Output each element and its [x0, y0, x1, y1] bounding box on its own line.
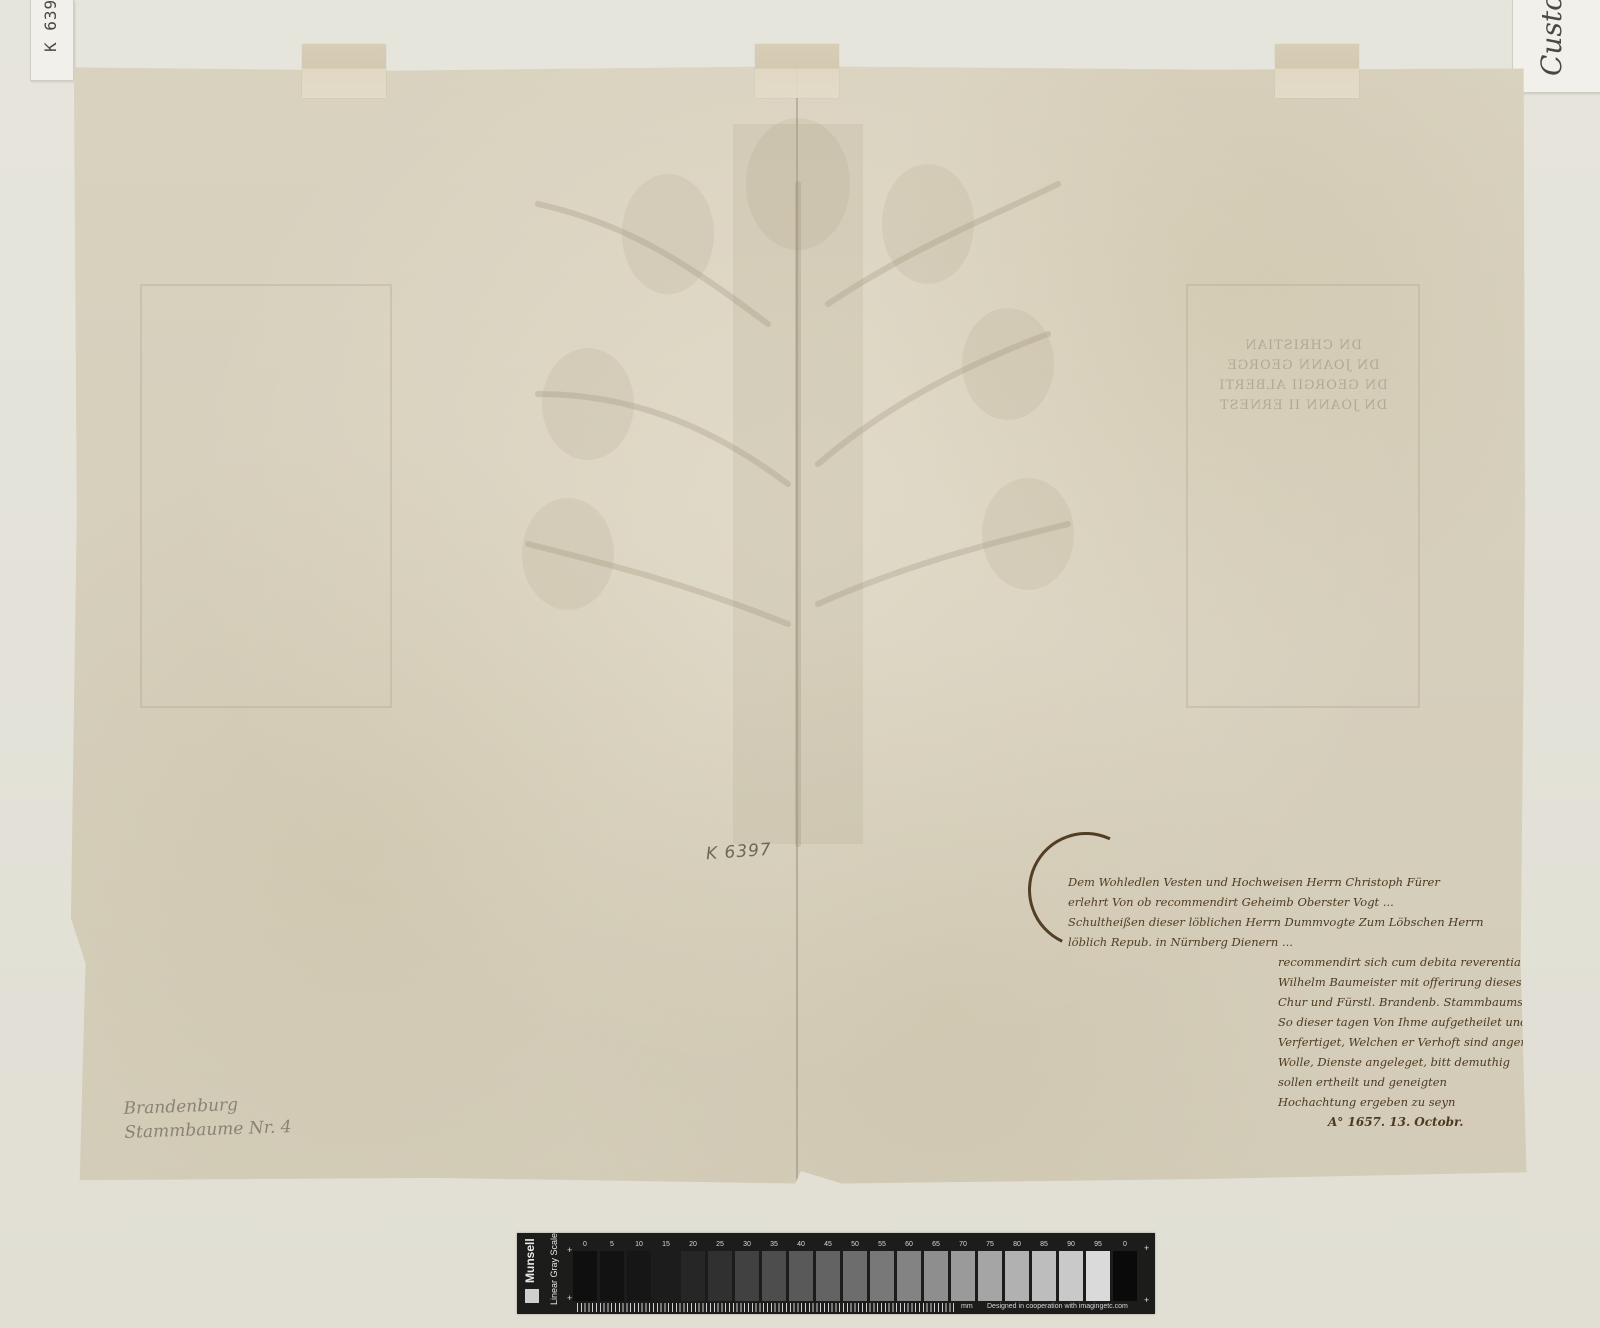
decorative-initial-flourish: [1012, 816, 1161, 965]
swatch-patch: [870, 1251, 894, 1301]
swatch-patch: [762, 1251, 786, 1301]
swatch-label: 40: [797, 1241, 805, 1251]
swatch-label: 85: [1040, 1241, 1048, 1251]
grey-swatch: 65: [924, 1241, 948, 1301]
hinge-tape-left: [302, 44, 386, 98]
swatch-patch: [735, 1251, 759, 1301]
swatch-patch: [924, 1251, 948, 1301]
registration-plus-icon: +: [567, 1293, 572, 1303]
swatch-label: 90: [1067, 1241, 1075, 1251]
swatch-label: 0: [583, 1241, 587, 1251]
catalog-label-text: K 6397: [41, 0, 60, 52]
swatch-label: 35: [770, 1241, 778, 1251]
show-through-left-cartouche: [140, 284, 392, 708]
swatch-patch: [978, 1251, 1002, 1301]
grey-swatch: 95: [1086, 1241, 1110, 1301]
mm-ruler: [577, 1303, 957, 1312]
munsell-logo-icon: [525, 1289, 539, 1303]
swatch-patch: [600, 1251, 624, 1301]
catalog-label-card-left: K 6397: [30, 0, 74, 81]
swatch-label: 60: [905, 1241, 913, 1251]
manuscript-dedication-note: Dem Wohledlen Vesten und Hochweisen Herr…: [1068, 872, 1528, 1132]
swatch-patch: [627, 1251, 651, 1301]
hinge-tape-right: [1275, 44, 1359, 98]
target-credit: Designed in cooperation with imagingetc.…: [987, 1303, 1128, 1310]
hinge-tape-center: [755, 44, 839, 98]
grey-swatch: 55: [870, 1241, 894, 1301]
show-through-right-cartouche: [1186, 284, 1420, 708]
swatch-label: 0: [1123, 1241, 1127, 1251]
center-fold-line: [796, 64, 798, 1188]
swatch-label: 65: [932, 1241, 940, 1251]
custodian-label-card-right: Custod: [1512, 0, 1600, 93]
swatch-patch: [1059, 1251, 1083, 1301]
grey-swatch: 75: [978, 1241, 1002, 1301]
swatch-label: 55: [878, 1241, 886, 1251]
pencil-annotation: Brandenburg Stammbaume Nr. 4: [123, 1091, 292, 1145]
manuscript-date: A° 1657. 13. Octobr.: [1068, 1112, 1528, 1132]
swatch-patch: [897, 1251, 921, 1301]
swatch-label: 25: [716, 1241, 724, 1251]
show-through-tree-branches: [68, 64, 1528, 1188]
swatch-label: 30: [743, 1241, 751, 1251]
grey-swatch-row: 051015202530354045505560657075808590950: [573, 1241, 1137, 1301]
grey-swatch: 60: [897, 1241, 921, 1301]
swatch-label: 75: [986, 1241, 994, 1251]
grey-swatch: 90: [1059, 1241, 1083, 1301]
swatch-label: 95: [1094, 1241, 1102, 1251]
document-sheet: DN CHRISTIAN DN JOANN GEORGE DN GEORGII …: [68, 64, 1528, 1188]
swatch-patch: [708, 1251, 732, 1301]
munsell-brand-block: Munsell Linear Gray Scale: [521, 1239, 565, 1309]
show-through-tree-trunk: [733, 124, 863, 844]
swatch-patch: [1113, 1251, 1137, 1301]
grey-swatch: 0: [1113, 1241, 1137, 1301]
grey-swatch: 15: [654, 1241, 678, 1301]
grey-swatch: 70: [951, 1241, 975, 1301]
swatch-label: 45: [824, 1241, 832, 1251]
swatch-label: 10: [635, 1241, 643, 1251]
swatch-patch: [654, 1251, 678, 1301]
catalog-number-mark: K 6397: [705, 840, 772, 865]
grey-swatch: 10: [627, 1241, 651, 1301]
swatch-label: 80: [1013, 1241, 1021, 1251]
swatch-label: 70: [959, 1241, 967, 1251]
registration-plus-icon: +: [1144, 1243, 1149, 1253]
grey-swatch: 50: [843, 1241, 867, 1301]
grey-swatch: 5: [600, 1241, 624, 1301]
grey-swatch: 0: [573, 1241, 597, 1301]
swatch-label: 20: [689, 1241, 697, 1251]
swatch-patch: [573, 1251, 597, 1301]
show-through-title-text: DN CHRISTIAN DN JOANN GEORGE DN GEORGII …: [1198, 336, 1408, 416]
swatch-patch: [951, 1251, 975, 1301]
grey-swatch: 40: [789, 1241, 813, 1301]
swatch-patch: [789, 1251, 813, 1301]
swatch-patch: [816, 1251, 840, 1301]
swatch-patch: [681, 1251, 705, 1301]
swatch-patch: [843, 1251, 867, 1301]
custodian-label-text: Custod: [1535, 0, 1568, 76]
grey-swatch: 25: [708, 1241, 732, 1301]
grey-swatch: 80: [1005, 1241, 1029, 1301]
swatch-patch: [1086, 1251, 1110, 1301]
swatch-label: 5: [610, 1241, 614, 1251]
swatch-patch: [1005, 1251, 1029, 1301]
swatch-patch: [1032, 1251, 1056, 1301]
grey-swatch: 20: [681, 1241, 705, 1301]
swatch-label: 15: [662, 1241, 670, 1251]
grey-swatch: 85: [1032, 1241, 1056, 1301]
ruler-unit-label: mm: [961, 1303, 973, 1310]
swatch-label: 50: [851, 1241, 859, 1251]
grey-swatch: 45: [816, 1241, 840, 1301]
grey-swatch: 30: [735, 1241, 759, 1301]
registration-plus-icon: +: [567, 1245, 572, 1255]
registration-plus-icon: +: [1144, 1295, 1149, 1305]
munsell-grey-scale-target: Munsell Linear Gray Scale + + + + 051015…: [517, 1233, 1155, 1314]
grey-swatch: 35: [762, 1241, 786, 1301]
